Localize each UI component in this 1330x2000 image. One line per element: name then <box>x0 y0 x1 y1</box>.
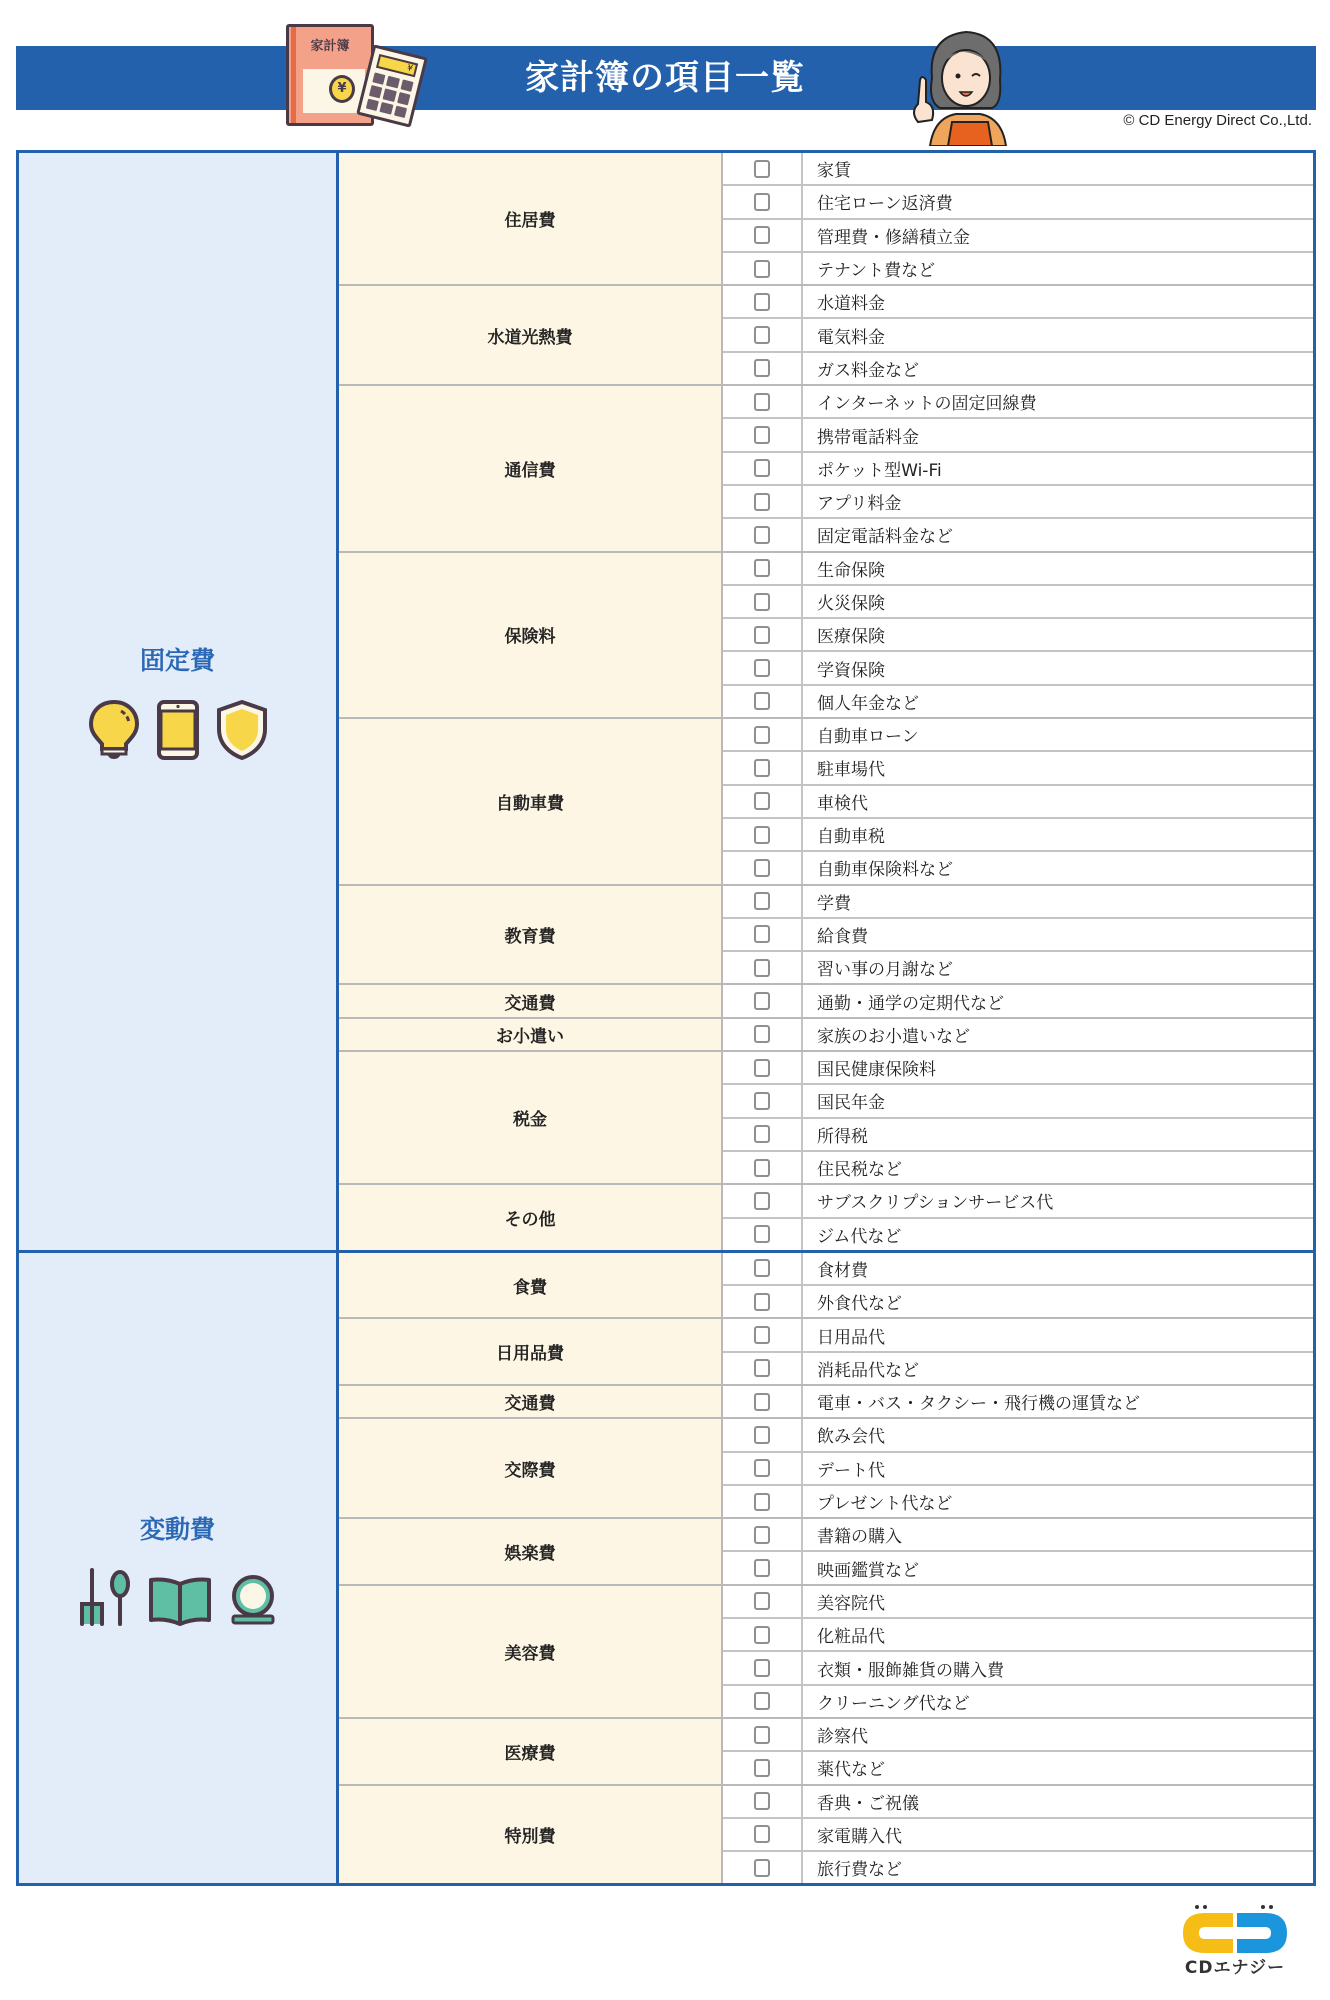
item-label: 所得税 <box>803 1119 1313 1150</box>
list-item: プレゼント代など <box>723 1486 1313 1517</box>
list-item: ポケット型Wi-Fi <box>723 453 1313 486</box>
yen-coin-icon: ¥ <box>329 75 355 103</box>
group-name: 交通費 <box>339 985 723 1016</box>
list-item: 自動車保険料など <box>723 852 1313 883</box>
list-item: 書籍の購入 <box>723 1519 1313 1552</box>
list-item: 消耗品代など <box>723 1353 1313 1384</box>
item-label: 家電購入代 <box>803 1819 1313 1850</box>
expense-group: お小遣い 家族のお小遣いなど <box>339 1019 1313 1052</box>
list-item: 通勤・通学の定期代など <box>723 985 1313 1016</box>
checkbox[interactable] <box>754 826 770 844</box>
list-item: 電気料金 <box>723 319 1313 352</box>
checkbox[interactable] <box>754 1859 770 1877</box>
group-name: 自動車費 <box>339 719 723 883</box>
list-item: ガス料金など <box>723 353 1313 384</box>
checkbox[interactable] <box>754 459 770 477</box>
checkbox[interactable] <box>754 1526 770 1544</box>
checkbox[interactable] <box>754 293 770 311</box>
expense-checklist-table: 固定費 住居費 <box>16 150 1316 1886</box>
list-item: クリーニング代など <box>723 1686 1313 1717</box>
item-label: ポケット型Wi-Fi <box>803 453 1313 484</box>
list-item: 所得税 <box>723 1119 1313 1152</box>
checkbox[interactable] <box>754 692 770 710</box>
list-item: テナント費など <box>723 253 1313 284</box>
checkbox[interactable] <box>754 193 770 211</box>
item-label: クリーニング代など <box>803 1686 1313 1717</box>
item-label: 診察代 <box>803 1719 1313 1750</box>
checkbox[interactable] <box>754 160 770 178</box>
item-label: 住民税など <box>803 1152 1313 1183</box>
item-label: 国民健康保険料 <box>803 1052 1313 1083</box>
list-item: 習い事の月謝など <box>723 952 1313 983</box>
item-label: 管理費・修繕積立金 <box>803 220 1313 251</box>
item-label: デート代 <box>803 1453 1313 1484</box>
expense-group: 保険料 生命保険 火災保険 医療保険 学資保険 個人年金など <box>339 553 1313 719</box>
checkbox[interactable] <box>754 1092 770 1110</box>
item-label: 生命保険 <box>803 553 1313 584</box>
item-label: 家賃 <box>803 153 1313 184</box>
checkbox[interactable] <box>754 1659 770 1677</box>
list-item: 飲み会代 <box>723 1419 1313 1452</box>
checkbox[interactable] <box>754 1393 770 1411</box>
checkbox[interactable] <box>754 260 770 278</box>
expense-group: 交通費 電車・バス・タクシー・飛行機の運賃など <box>339 1386 1313 1419</box>
list-item: 車検代 <box>723 786 1313 819</box>
list-item: 国民年金 <box>723 1085 1313 1118</box>
woman-pointing-illustration <box>900 18 1030 146</box>
item-label: 個人年金など <box>803 686 1313 717</box>
page-title: 家計簿の項目一覧 <box>0 52 1330 104</box>
checkbox[interactable] <box>754 1025 770 1043</box>
checkbox[interactable] <box>754 792 770 810</box>
checkbox[interactable] <box>754 1125 770 1143</box>
list-item: 生命保険 <box>723 553 1313 586</box>
item-label: 電気料金 <box>803 319 1313 350</box>
list-item: 外食代など <box>723 1286 1313 1317</box>
item-label: 飲み会代 <box>803 1419 1313 1450</box>
checkbox[interactable] <box>754 626 770 644</box>
checkbox[interactable] <box>754 1293 770 1311</box>
item-label: 外食代など <box>803 1286 1313 1317</box>
group-name: その他 <box>339 1185 723 1250</box>
group-name: 税金 <box>339 1052 723 1183</box>
item-label: 衣類・服飾雑貨の購入費 <box>803 1652 1313 1683</box>
item-label: 化粧品代 <box>803 1619 1313 1650</box>
list-item: 映画鑑賞など <box>723 1552 1313 1583</box>
checkbox[interactable] <box>754 959 770 977</box>
list-item: 国民健康保険料 <box>723 1052 1313 1085</box>
item-label: 駐車場代 <box>803 752 1313 783</box>
list-item: 住宅ローン返済費 <box>723 186 1313 219</box>
list-item: 日用品代 <box>723 1319 1313 1352</box>
section-header: 変動費 <box>19 1253 339 1884</box>
group-name: 交通費 <box>339 1386 723 1417</box>
checkbox[interactable] <box>754 1559 770 1577</box>
checkbox[interactable] <box>754 1426 770 1444</box>
group-name: 通信費 <box>339 386 723 550</box>
item-label: プレゼント代など <box>803 1486 1313 1517</box>
group-name: 水道光熱費 <box>339 286 723 384</box>
list-item: 学費 <box>723 886 1313 919</box>
checkbox[interactable] <box>754 1225 770 1243</box>
item-label: 薬代など <box>803 1752 1313 1783</box>
smartphone-icon <box>156 699 200 761</box>
checkbox[interactable] <box>754 1592 770 1610</box>
checkbox[interactable] <box>754 1726 770 1744</box>
item-label: 自動車保険料など <box>803 852 1313 883</box>
checkbox[interactable] <box>754 1159 770 1177</box>
book-icon <box>148 1576 212 1626</box>
group-name: 食費 <box>339 1253 723 1318</box>
group-name: 交際費 <box>339 1419 723 1517</box>
section-header: 固定費 <box>19 153 339 1250</box>
item-label: 携帯電話料金 <box>803 419 1313 450</box>
copyright-notice: © CD Energy Direct Co.,Ltd. <box>1123 112 1312 129</box>
section-variable-costs: 変動費 食費 <box>19 1253 1313 1884</box>
expense-group: 通信費 インターネットの固定回線費 携帯電話料金 ポケット型Wi-Fi アプリ料… <box>339 386 1313 552</box>
section-title: 固定費 <box>140 641 215 677</box>
checkbox[interactable] <box>754 726 770 744</box>
item-label: 書籍の購入 <box>803 1519 1313 1550</box>
item-label: 自動車ローン <box>803 719 1313 750</box>
list-item: 水道料金 <box>723 286 1313 319</box>
checkbox[interactable] <box>754 1359 770 1377</box>
item-label: 旅行費など <box>803 1852 1313 1883</box>
list-item: 医療保険 <box>723 619 1313 652</box>
checkbox[interactable] <box>754 1825 770 1843</box>
list-item: 携帯電話料金 <box>723 419 1313 452</box>
item-label: 自動車税 <box>803 819 1313 850</box>
list-item: 食材費 <box>723 1253 1313 1286</box>
expense-group: 自動車費 自動車ローン 駐車場代 車検代 自動車税 自動車保険料など <box>339 719 1313 885</box>
item-label: 食材費 <box>803 1253 1313 1284</box>
checkbox[interactable] <box>754 1259 770 1277</box>
item-label: 火災保険 <box>803 586 1313 617</box>
checkbox[interactable] <box>754 1792 770 1810</box>
expense-group: 日用品費 日用品代 消耗品代など <box>339 1319 1313 1386</box>
expense-group: 交通費 通勤・通学の定期代など <box>339 985 1313 1018</box>
item-label: 電車・バス・タクシー・飛行機の運賃など <box>803 1386 1313 1417</box>
list-item: アプリ料金 <box>723 486 1313 519</box>
item-label: 通勤・通学の定期代など <box>803 985 1313 1016</box>
checkbox[interactable] <box>754 859 770 877</box>
group-name: 住居費 <box>339 153 723 284</box>
item-label: 家族のお小遣いなど <box>803 1019 1313 1050</box>
item-label: 車検代 <box>803 786 1313 817</box>
checkbox[interactable] <box>754 559 770 577</box>
list-item: 化粧品代 <box>723 1619 1313 1652</box>
mirror-icon <box>228 1574 278 1626</box>
checkbox[interactable] <box>754 1459 770 1477</box>
item-label: アプリ料金 <box>803 486 1313 517</box>
list-item: ジム代など <box>723 1219 1313 1250</box>
item-label: 給食費 <box>803 919 1313 950</box>
list-item: 固定電話料金など <box>723 519 1313 550</box>
checkbox[interactable] <box>754 1059 770 1077</box>
list-item: 家電購入代 <box>723 1819 1313 1852</box>
logo-text: CDエナジー <box>1182 1953 1288 1978</box>
checkbox[interactable] <box>754 1759 770 1777</box>
group-name: 医療費 <box>339 1719 723 1784</box>
list-item: 家族のお小遣いなど <box>723 1019 1313 1050</box>
expense-group: 食費 食材費 外食代など <box>339 1253 1313 1320</box>
checkbox[interactable] <box>754 226 770 244</box>
expense-group: 税金 国民健康保険料 国民年金 所得税 住民税など <box>339 1052 1313 1185</box>
checkbox[interactable] <box>754 1692 770 1710</box>
checkbox[interactable] <box>754 925 770 943</box>
list-item: 旅行費など <box>723 1852 1313 1883</box>
list-item: 給食費 <box>723 919 1313 952</box>
list-item: 自動車税 <box>723 819 1313 852</box>
list-item: 学資保険 <box>723 652 1313 685</box>
item-label: テナント費など <box>803 253 1313 284</box>
item-label: ジム代など <box>803 1219 1313 1250</box>
checkbox[interactable] <box>754 892 770 910</box>
expense-group: その他 サブスクリプションサービス代 ジム代など <box>339 1185 1313 1250</box>
item-label: サブスクリプションサービス代 <box>803 1185 1313 1216</box>
checkbox[interactable] <box>754 426 770 444</box>
item-label: 消耗品代など <box>803 1353 1313 1384</box>
list-item: インターネットの固定回線費 <box>723 386 1313 419</box>
item-label: ガス料金など <box>803 353 1313 384</box>
checkbox[interactable] <box>754 393 770 411</box>
expense-group: 交際費 飲み会代 デート代 プレゼント代など <box>339 1419 1313 1519</box>
list-item: 個人年金など <box>723 686 1313 717</box>
checkbox[interactable] <box>754 526 770 544</box>
list-item: 住民税など <box>723 1152 1313 1183</box>
checkbox[interactable] <box>754 593 770 611</box>
item-label: 美容院代 <box>803 1586 1313 1617</box>
list-item: 電車・バス・タクシー・飛行機の運賃など <box>723 1386 1313 1417</box>
fork-spoon-icon <box>78 1568 132 1626</box>
group-name: 日用品費 <box>339 1319 723 1384</box>
checkbox[interactable] <box>754 1192 770 1210</box>
item-label: インターネットの固定回線費 <box>803 386 1313 417</box>
item-label: 香典・ご祝儀 <box>803 1786 1313 1817</box>
light-bulb-icon <box>88 699 140 761</box>
group-name: 娯楽費 <box>339 1519 723 1584</box>
item-label: 日用品代 <box>803 1319 1313 1350</box>
section-fixed-costs: 固定費 住居費 <box>19 153 1313 1253</box>
list-item: 診察代 <box>723 1719 1313 1752</box>
expense-group: 特別費 香典・ご祝儀 家電購入代 旅行費など <box>339 1786 1313 1884</box>
list-item: デート代 <box>723 1453 1313 1486</box>
book-label: 家計簿 <box>289 35 371 54</box>
list-item: 管理費・修繕積立金 <box>723 220 1313 253</box>
list-item: 家賃 <box>723 153 1313 186</box>
expense-group: 医療費 診察代 薬代など <box>339 1719 1313 1786</box>
item-label: 映画鑑賞など <box>803 1552 1313 1583</box>
expense-group: 娯楽費 書籍の購入 映画鑑賞など <box>339 1519 1313 1586</box>
shield-icon <box>216 699 268 761</box>
checkbox[interactable] <box>754 359 770 377</box>
group-name: 美容費 <box>339 1586 723 1717</box>
expense-group: 水道光熱費 水道料金 電気料金 ガス料金など <box>339 286 1313 386</box>
checkbox[interactable] <box>754 1626 770 1644</box>
item-label: 習い事の月謝など <box>803 952 1313 983</box>
list-item: 香典・ご祝儀 <box>723 1786 1313 1819</box>
expense-group: 住居費 家賃 住宅ローン返済費 管理費・修繕積立金 テナント費など <box>339 153 1313 286</box>
list-item: 薬代など <box>723 1752 1313 1783</box>
checkbox[interactable] <box>754 493 770 511</box>
list-item: 駐車場代 <box>723 752 1313 785</box>
item-label: 国民年金 <box>803 1085 1313 1116</box>
group-name: 教育費 <box>339 886 723 984</box>
list-item: 衣類・服飾雑貨の購入費 <box>723 1652 1313 1685</box>
item-label: 医療保険 <box>803 619 1313 650</box>
group-name: 特別費 <box>339 1786 723 1884</box>
group-name: お小遣い <box>339 1019 723 1050</box>
item-label: 学費 <box>803 886 1313 917</box>
expense-group: 美容費 美容院代 化粧品代 衣類・服飾雑貨の購入費 クリーニング代など <box>339 1586 1313 1719</box>
checkbox[interactable] <box>754 659 770 677</box>
section-title: 変動費 <box>140 1510 215 1546</box>
item-label: 水道料金 <box>803 286 1313 317</box>
checkbox[interactable] <box>754 759 770 777</box>
list-item: サブスクリプションサービス代 <box>723 1185 1313 1218</box>
list-item: 火災保険 <box>723 586 1313 619</box>
list-item: 美容院代 <box>723 1586 1313 1619</box>
expense-group: 教育費 学費 給食費 習い事の月謝など <box>339 886 1313 986</box>
checkbox[interactable] <box>754 1493 770 1511</box>
item-label: 固定電話料金など <box>803 519 1313 550</box>
group-name: 保険料 <box>339 553 723 717</box>
item-label: 住宅ローン返済費 <box>803 186 1313 217</box>
checkbox[interactable] <box>754 326 770 344</box>
checkbox[interactable] <box>754 1326 770 1344</box>
list-item: 自動車ローン <box>723 719 1313 752</box>
item-label: 学資保険 <box>803 652 1313 683</box>
checkbox[interactable] <box>754 992 770 1010</box>
